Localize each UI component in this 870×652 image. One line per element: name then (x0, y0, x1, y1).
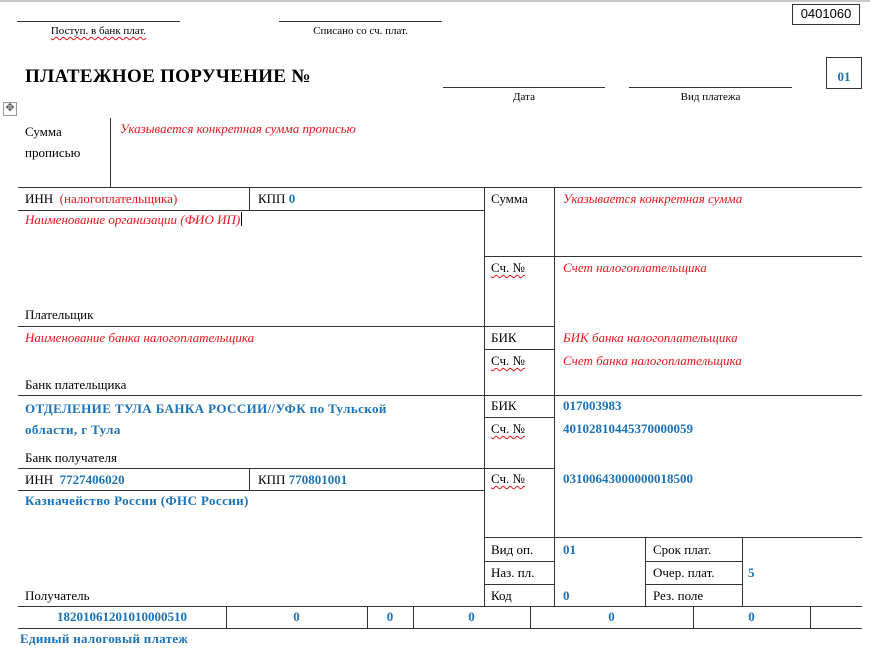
doc-date-field[interactable]: 0 (693, 609, 810, 625)
date-line[interactable] (443, 87, 605, 88)
divider (484, 561, 554, 562)
kbk-field[interactable]: 18201061201010000510 (18, 609, 226, 625)
payment-purpose-field[interactable]: Единый налоговый платеж (20, 631, 188, 647)
recipient-account-field[interactable]: 03100643000000018500 (563, 471, 693, 487)
payment-type-line[interactable] (629, 87, 792, 88)
basis-field[interactable]: 0 (367, 609, 413, 625)
oktmo-field[interactable]: 0 (226, 609, 367, 625)
page-title: ПЛАТЕЖНОЕ ПОРУЧЕНИЕ № (25, 66, 311, 88)
received-line (17, 21, 180, 22)
payment-type-label: Вид платежа (629, 89, 792, 105)
recipient-label: Получатель (25, 588, 90, 604)
recipient-account-label: Сч. № (491, 471, 525, 487)
debited-line (279, 21, 442, 22)
divider (484, 187, 485, 606)
payer-inn-cell[interactable]: ИНН (налогоплательщика) (25, 191, 177, 207)
recipient-bank-label: Банк получателя (25, 450, 117, 466)
payer-kpp-value: 0 (289, 191, 296, 206)
divider (249, 187, 250, 210)
divider (554, 187, 555, 606)
priority-field[interactable]: 5 (748, 565, 755, 581)
code-label: Код (491, 588, 512, 604)
recipient-name-field[interactable]: Казначейство России (ФНС России) (25, 493, 249, 509)
divider (810, 606, 811, 628)
payer-kpp-cell[interactable]: КПП 0 (258, 191, 295, 207)
reserve-label: Рез. поле (653, 588, 703, 604)
payer-account-field[interactable]: Счет налогоплательщика (563, 260, 707, 276)
divider (249, 468, 250, 490)
divider (484, 349, 554, 350)
divider (645, 584, 742, 585)
recipient-bank-bik-label: БИК (491, 398, 517, 414)
priority-label: Очер. плат. (653, 565, 715, 581)
doc-number-field[interactable]: 0 (530, 609, 693, 625)
divider (18, 468, 554, 469)
period-field[interactable]: 0 (413, 609, 530, 625)
text-cursor (241, 212, 242, 226)
divider (484, 256, 862, 257)
payer-bank-bik-field[interactable]: БИК банка налогоплательщика (563, 330, 738, 346)
recipient-bank-account-field[interactable]: 40102810445370000059 (563, 421, 693, 437)
recipient-kpp-label: КПП (258, 472, 285, 487)
recipient-inn-cell[interactable]: ИНН 7727406020 (25, 472, 125, 488)
divider (18, 210, 484, 211)
recipient-kpp-cell[interactable]: КПП 770801001 (258, 472, 347, 488)
divider (645, 537, 646, 606)
divider (18, 326, 554, 327)
recipient-inn-label: ИНН (25, 472, 53, 487)
payer-bank-label: Банк плательщика (25, 377, 126, 393)
amount-words-field[interactable]: Указывается конкретная сумма прописью (120, 121, 356, 137)
payer-bank-bik-label: БИК (491, 330, 517, 346)
divider (18, 628, 862, 629)
divider (484, 537, 862, 538)
recipient-bank-name-field[interactable]: ОТДЕЛЕНИЕ ТУЛА БАНКА РОССИИ//УФК по Туль… (25, 398, 387, 440)
payer-name-field[interactable]: Наименование организации (ФИО ИП) (25, 212, 242, 228)
payer-kpp-label: КПП (258, 191, 285, 206)
payer-bank-account-label: Сч. № (491, 353, 525, 369)
payer-account-label: Сч. № (491, 260, 525, 276)
payer-inn-label: ИНН (25, 191, 53, 206)
recipient-kpp-value: 770801001 (289, 472, 348, 487)
recipient-bank-account-label: Сч. № (491, 421, 525, 437)
recipient-inn-value: 7727406020 (60, 472, 125, 487)
recipient-bank-bik-field[interactable]: 017003983 (563, 398, 622, 414)
window-top-border (0, 0, 870, 2)
divider (645, 561, 742, 562)
divider (18, 606, 862, 607)
divider (484, 417, 554, 418)
purpose-code-label: Наз. пл. (491, 565, 535, 581)
payer-status-value: 01 (826, 69, 862, 85)
op-type-field[interactable]: 01 (563, 542, 576, 558)
divider (18, 395, 862, 396)
divider (18, 187, 862, 188)
op-type-label: Вид оп. (491, 542, 533, 558)
form-code: 0401060 (792, 6, 860, 22)
debited-label: Списано со сч. плат. (279, 23, 442, 39)
amount-label: Сумма (491, 191, 528, 207)
divider (742, 537, 743, 606)
divider (484, 584, 554, 585)
payer-inn-value: (налогоплательщика) (60, 191, 178, 206)
received-label: Поступ. в банк плат. (17, 23, 180, 39)
code-field[interactable]: 0 (563, 588, 570, 604)
amount-field[interactable]: Указывается конкретная сумма (563, 191, 742, 207)
divider (110, 118, 111, 187)
table-move-handle-icon[interactable]: ✥ (3, 102, 17, 116)
amount-words-label: Сумма прописью (25, 121, 80, 163)
deadline-label: Срок плат. (653, 542, 711, 558)
divider (18, 490, 484, 491)
payer-label: Плательщик (25, 307, 93, 323)
date-label: Дата (443, 89, 605, 105)
payer-bank-name-field[interactable]: Наименование банка налогоплательщика (25, 330, 254, 346)
payer-bank-account-field[interactable]: Счет банка налогоплательщика (563, 353, 742, 369)
